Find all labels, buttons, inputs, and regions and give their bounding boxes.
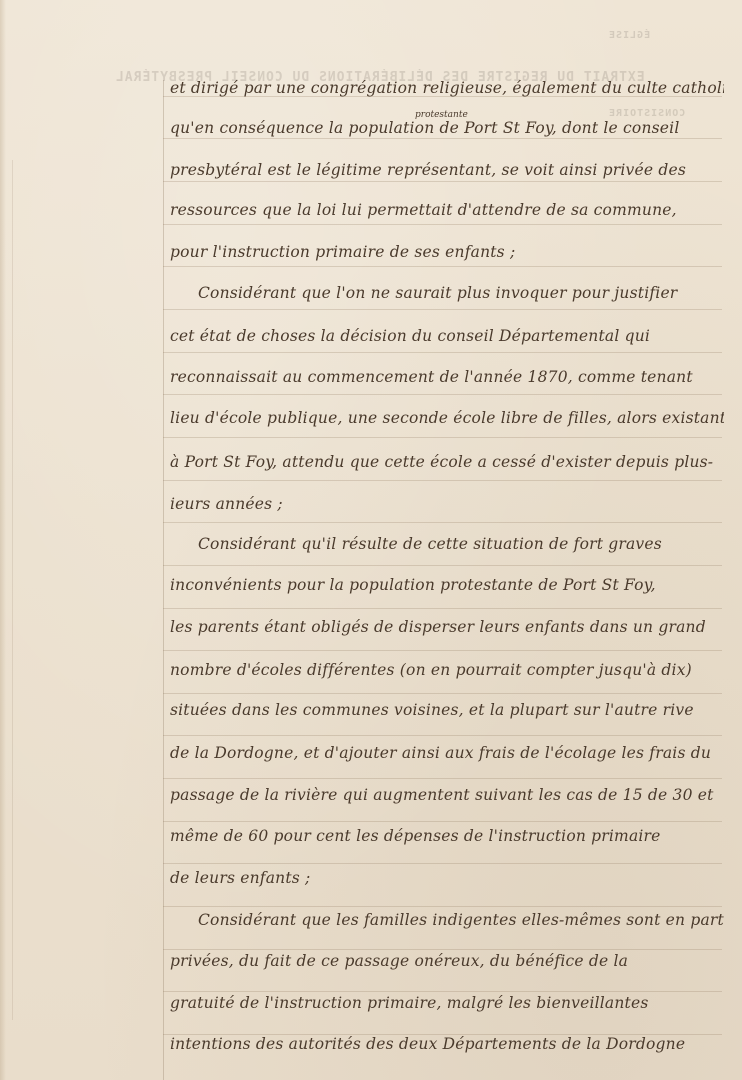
ruled-line [163, 735, 722, 736]
ruled-line [163, 949, 722, 950]
text-line: pour l'instruction primaire de ses enfan… [170, 242, 724, 262]
text-line: reconnaissait au commencement de l'année… [170, 367, 724, 387]
ruled-line [163, 693, 722, 694]
text-line: nombre d'écoles différentes (on en pourr… [170, 660, 724, 680]
ruled-line [163, 565, 722, 566]
ruled-line [163, 181, 722, 182]
margin-rule [163, 80, 164, 1080]
page-edge-shadow [0, 0, 6, 1080]
ruled-line [163, 309, 722, 310]
paragraph-start-line: Considérant que les familles indigentes … [198, 910, 724, 930]
ruled-line [163, 650, 722, 651]
text-line: passage de la rivière qui augmentent sui… [170, 785, 724, 805]
text-line: même de 60 pour cent les dépenses de l'i… [170, 826, 724, 846]
text-line: de la Dordogne, et d'ajouter ainsi aux f… [170, 743, 724, 763]
ruled-line [163, 352, 722, 353]
ruled-line [163, 394, 722, 395]
ruled-line [163, 138, 722, 139]
text-line: de leurs enfants ; [170, 868, 724, 888]
text-line: situées dans les communes voisines, et l… [170, 700, 724, 720]
text-line: intentions des autorités des deux Départ… [170, 1034, 724, 1054]
text-line: presbytéral est le légitime représentant… [170, 160, 724, 180]
text-line: à Port St Foy, attendu que cette école a… [170, 452, 724, 472]
ruled-line [163, 608, 722, 609]
ruled-line [163, 778, 722, 779]
ruled-line [163, 437, 722, 438]
text-line: ieurs années ; [170, 494, 724, 514]
text-line: et dirigé par une congrégation religieus… [170, 78, 724, 98]
left-faint-rule [12, 160, 13, 1020]
text-line: privées, du fait de ce passage onéreux, … [170, 951, 724, 971]
ruled-line [163, 266, 722, 267]
ruled-line [163, 991, 722, 992]
bleed-through-eglise: ÉGLISE [608, 30, 650, 41]
manuscript-page: ÉGLISE EXTRAIT DU REGISTRE DES DÉLIBÉRAT… [0, 0, 742, 1080]
ruled-line [163, 522, 722, 523]
ruled-line [163, 906, 722, 907]
text-line: les parents étant obligés de disperser l… [170, 617, 724, 637]
paragraph-start-line: Considérant qu'il résulte de cette situa… [198, 534, 724, 554]
ruled-line [163, 480, 722, 481]
text-line: inconvénients pour la population protest… [170, 575, 724, 595]
ruled-line [163, 224, 722, 225]
ruled-line [163, 863, 722, 864]
text-line: gratuité de l'instruction primaire, malg… [170, 993, 724, 1013]
text-line: cet état de choses la décision du consei… [170, 326, 724, 346]
text-line: lieu d'école publique, une seconde école… [170, 408, 724, 428]
ruled-line [163, 821, 722, 822]
text-line: qu'en conséquence la population de Port … [170, 118, 724, 138]
paragraph-start-line: Considérant que l'on ne saurait plus inv… [198, 283, 724, 303]
text-line: ressources que la loi lui permettait d'a… [170, 200, 724, 220]
